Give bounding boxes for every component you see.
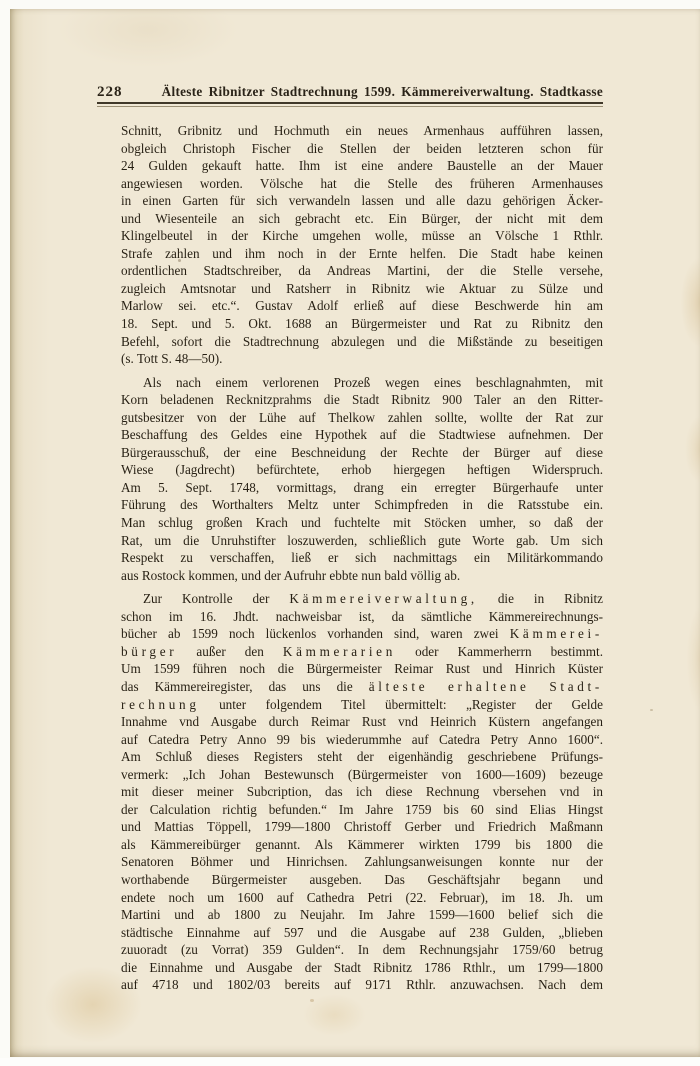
- text-run: 18. Sept. und 5. Okt. 1688 an Bürgermeis…: [121, 316, 603, 331]
- text-line: aus Rostock kommen, und der Aufruhr ebbt…: [121, 567, 603, 585]
- text-line: (s. Tott S. 48—50).: [121, 350, 603, 368]
- text-line: Korn beladenen Recknitzprahms die Stadt …: [121, 391, 603, 409]
- text-line: und Mattias Töppell, 1799—1800 Christoff…: [121, 818, 603, 836]
- text-run: die Einnahme und Ausgabe der Stadt Ribni…: [121, 960, 603, 975]
- text-line: als Kämmereibürger genannt. Als Kämmerer…: [121, 836, 603, 854]
- text-run: aus Rostock kommen, und der Aufruhr ebbt…: [121, 568, 460, 583]
- text-run: die in Ribnitz: [478, 591, 603, 606]
- text-line: auf 4718 und 1802/03 bereits auf 9171 Rt…: [121, 976, 603, 994]
- letterspaced-emphasis: rechnung: [121, 697, 200, 712]
- text-line: 24 Gulden gekauft hatte. Ihm ist eine an…: [121, 157, 603, 175]
- text-run: Wiese (Jagdrecht) befürchtete, erhob hie…: [121, 462, 603, 477]
- text-line: Marlow sei. etc.“. Gustav Adolf erließ a…: [121, 297, 603, 315]
- text-line: Strafe zahlen und ihm noch in der Ernte …: [121, 245, 603, 263]
- text-line: Innahme vnd Ausgabe durch Reimar Rust vn…: [121, 713, 603, 731]
- text-run: Befehl, sofort die Stadtrechnung abzuleg…: [121, 334, 603, 349]
- text-run: Innahme vnd Ausgabe durch Reimar Rust vn…: [121, 714, 603, 729]
- text-line: gutsbesitzer von der Lühe auf Thelkow za…: [121, 409, 603, 427]
- letterspaced-emphasis: bürger: [121, 644, 177, 659]
- text-run: worthabende Bürgermeister ausgeben. Das …: [121, 872, 603, 887]
- text-line: bürger außer den Kämmerarien oder Kammer…: [121, 643, 603, 661]
- text-line: zuuoradt (zu Vorrat) 359 Gulden“. In dem…: [121, 941, 603, 959]
- text-line: schon im 16. Jhdt. nachweisbar ist, da s…: [121, 608, 603, 626]
- text-line: mit dieser meiner Subcription, das ich d…: [121, 783, 603, 801]
- text-run: Schnitt, Gribnitz und Hochmuth ein neues…: [121, 123, 603, 138]
- text-run: angewiesen worden. Völsche hat die Stell…: [121, 176, 603, 191]
- text-run: endete noch um 1600 auf Cathedra Petri (…: [121, 890, 603, 905]
- scan-bottom-margin: [0, 1058, 700, 1066]
- text-line: Man schlug großen Krach und fuchtelte mi…: [121, 514, 603, 532]
- page-number: 228: [97, 84, 123, 101]
- text-run: das Kämmereiregister, das uns die: [121, 679, 369, 694]
- text-run: Senatoren Böhmer und Hinrichsen. Zahlung…: [121, 854, 603, 869]
- text-run: zuuoradt (zu Vorrat) 359 Gulden“. In dem…: [121, 942, 603, 957]
- text-run: obgleich Christoph Fischer die Stellen d…: [121, 141, 603, 156]
- letterspaced-emphasis: Kämmerei-: [510, 626, 603, 641]
- text-line: Beschaffung des Geldes eine Hypothek auf…: [121, 426, 603, 444]
- text-line: und Wiesenteile an sich gebracht etc. Ei…: [121, 210, 603, 228]
- text-run: mit dieser meiner Subcription, das ich d…: [121, 784, 603, 799]
- text-run: Korn beladenen Recknitzprahms die Stadt …: [121, 392, 603, 407]
- text-line: rechnung unter folgendem Titel übermitte…: [121, 696, 603, 714]
- text-line: das Kämmereiregister, das uns die ältest…: [121, 678, 603, 696]
- text-line: Respekt zu verschaffen, ließ er sich nac…: [121, 549, 603, 567]
- paper-speck: [178, 259, 181, 262]
- text-run: ordentlichen Stadtschreiber, da Andreas …: [121, 263, 603, 278]
- header-title: Älteste Ribnitzer Stadtrechnung 1599. Kä…: [162, 84, 603, 100]
- letterspaced-emphasis: älteste erhaltene Stadt-: [369, 679, 603, 694]
- scanned-book-page: { "page": { "number": "228", "header_tit…: [0, 0, 700, 1066]
- text-line: Zur Kontrolle der Kämmereiverwaltung, di…: [121, 590, 603, 608]
- text-line: obgleich Christoph Fischer die Stellen d…: [121, 140, 603, 158]
- text-line: Als nach einem verlorenen Prozeß wegen e…: [121, 374, 603, 392]
- text-run: Rat, um die Unruhstifter loszuwerden, sc…: [121, 533, 603, 548]
- text-run: der Calculation richtig befunden.“ Im Ja…: [121, 802, 603, 817]
- text-line: Martini und ab 1800 zu Neujahr. Im Jahre…: [121, 906, 603, 924]
- text-run: Martini und ab 1800 zu Neujahr. Im Jahre…: [121, 907, 603, 922]
- letterspaced-emphasis: Kämmerarien: [283, 644, 396, 659]
- paper-speck: [650, 709, 653, 711]
- text-line: Klingelbeutel in der Kirche umgehen woll…: [121, 227, 603, 245]
- text-run: Man schlug großen Krach und fuchtelte mi…: [121, 515, 603, 530]
- text-run: in einen Garten für sich verwandeln lass…: [121, 193, 603, 208]
- text-line: die Einnahme und Ausgabe der Stadt Ribni…: [121, 959, 603, 977]
- text-line: Um 1599 führen noch die Bürgermeister Re…: [121, 660, 603, 678]
- text-line: Am 5. Sept. 1748, vormittags, drang ein …: [121, 479, 603, 497]
- paper-speck: [310, 999, 314, 1002]
- text-run: Marlow sei. etc.“. Gustav Adolf erließ a…: [121, 298, 603, 313]
- text-line: auf Catedra Petry Anno 99 bis wiederummh…: [121, 731, 603, 749]
- text-run: zugleich Amtsnotar und Ratsherr in Ribni…: [121, 281, 603, 296]
- text-run: (s. Tott S. 48—50).: [121, 351, 222, 366]
- text-run: Zur Kontrolle der: [143, 591, 289, 606]
- paragraph: Zur Kontrolle der Kämmereiverwaltung, di…: [121, 590, 603, 994]
- text-line: Führung des Worthalters Meltz unter Schi…: [121, 496, 603, 514]
- text-line: vermerk: „Ich Johan Bestewunsch (Bürgerm…: [121, 766, 603, 784]
- text-line: ordentlichen Stadtschreiber, da Andreas …: [121, 262, 603, 280]
- text-run: gutsbesitzer von der Lühe auf Thelkow za…: [121, 410, 603, 425]
- text-run: außer den: [177, 644, 283, 659]
- paragraph: Als nach einem verlorenen Prozeß wegen e…: [121, 374, 603, 585]
- text-run: bücher ab 1599 noch lückenlos vorhanden …: [121, 626, 510, 641]
- header-rule: [97, 102, 603, 107]
- text-line: Senatoren Böhmer und Hinrichsen. Zahlung…: [121, 853, 603, 871]
- text-run: Bürgerausschuß, der eine Beschneidung de…: [121, 445, 603, 460]
- text-run: schon im 16. Jhdt. nachweisbar ist, da s…: [121, 609, 603, 624]
- text-run: vermerk: „Ich Johan Bestewunsch (Bürgerm…: [121, 767, 603, 782]
- text-run: Am Schluß dieses Registers steht der eig…: [121, 749, 603, 764]
- text-line: Rat, um die Unruhstifter loszuwerden, sc…: [121, 532, 603, 550]
- text-run: Klingelbeutel in der Kirche umgehen woll…: [121, 228, 603, 243]
- text-run: Respekt zu verschaffen, ließ er sich nac…: [121, 550, 603, 565]
- text-run: Als nach einem verlorenen Prozeß wegen e…: [143, 375, 603, 390]
- text-line: in einen Garten für sich verwandeln lass…: [121, 192, 603, 210]
- text-run: und Mattias Töppell, 1799—1800 Christoff…: [121, 819, 603, 834]
- text-run: Am 5. Sept. 1748, vormittags, drang ein …: [121, 480, 603, 495]
- text-line: zugleich Amtsnotar und Ratsherr in Ribni…: [121, 280, 603, 298]
- text-run: Beschaffung des Geldes eine Hypothek auf…: [121, 427, 603, 442]
- text-run: Um 1599 führen noch die Bürgermeister Re…: [121, 661, 603, 676]
- text-run: städtische Einnahme auf 597 und die Ausg…: [121, 925, 603, 940]
- text-block: Schnitt, Gribnitz und Hochmuth ein neues…: [121, 122, 603, 994]
- text-run: unter folgendem Titel übermittelt: „Regi…: [200, 697, 603, 712]
- text-run: Strafe zahlen und ihm noch in der Ernte …: [121, 246, 603, 261]
- text-line: Wiese (Jagdrecht) befürchtete, erhob hie…: [121, 461, 603, 479]
- text-run: Führung des Worthalters Meltz unter Schi…: [121, 497, 603, 512]
- text-run: auf Catedra Petry Anno 99 bis wiederummh…: [121, 732, 603, 747]
- text-run: und Wiesenteile an sich gebracht etc. Ei…: [121, 211, 603, 226]
- text-line: der Calculation richtig befunden.“ Im Ja…: [121, 801, 603, 819]
- text-run: auf 4718 und 1802/03 bereits auf 9171 Rt…: [121, 977, 603, 992]
- letterspaced-emphasis: Kämmereiverwaltung,: [289, 591, 478, 606]
- text-line: 18. Sept. und 5. Okt. 1688 an Bürgermeis…: [121, 315, 603, 333]
- paragraph: Schnitt, Gribnitz und Hochmuth ein neues…: [121, 122, 603, 368]
- text-line: Bürgerausschuß, der eine Beschneidung de…: [121, 444, 603, 462]
- text-line: bücher ab 1599 noch lückenlos vorhanden …: [121, 625, 603, 643]
- text-line: Schnitt, Gribnitz und Hochmuth ein neues…: [121, 122, 603, 140]
- paper-page: 228 Älteste Ribnitzer Stadtrechnung 1599…: [10, 9, 700, 1057]
- text-run: 24 Gulden gekauft hatte. Ihm ist eine an…: [121, 158, 603, 173]
- text-run: oder Kammerherrn bestimmt.: [396, 644, 603, 659]
- text-line: endete noch um 1600 auf Cathedra Petri (…: [121, 889, 603, 907]
- text-line: Befehl, sofort die Stadtrechnung abzuleg…: [121, 333, 603, 351]
- text-line: worthabende Bürgermeister ausgeben. Das …: [121, 871, 603, 889]
- text-line: angewiesen worden. Völsche hat die Stell…: [121, 175, 603, 193]
- text-line: Am Schluß dieses Registers steht der eig…: [121, 748, 603, 766]
- page-header: 228 Älteste Ribnitzer Stadtrechnung 1599…: [97, 84, 603, 101]
- text-line: städtische Einnahme auf 597 und die Ausg…: [121, 924, 603, 942]
- text-run: als Kämmereibürger genannt. Als Kämmerer…: [121, 837, 603, 852]
